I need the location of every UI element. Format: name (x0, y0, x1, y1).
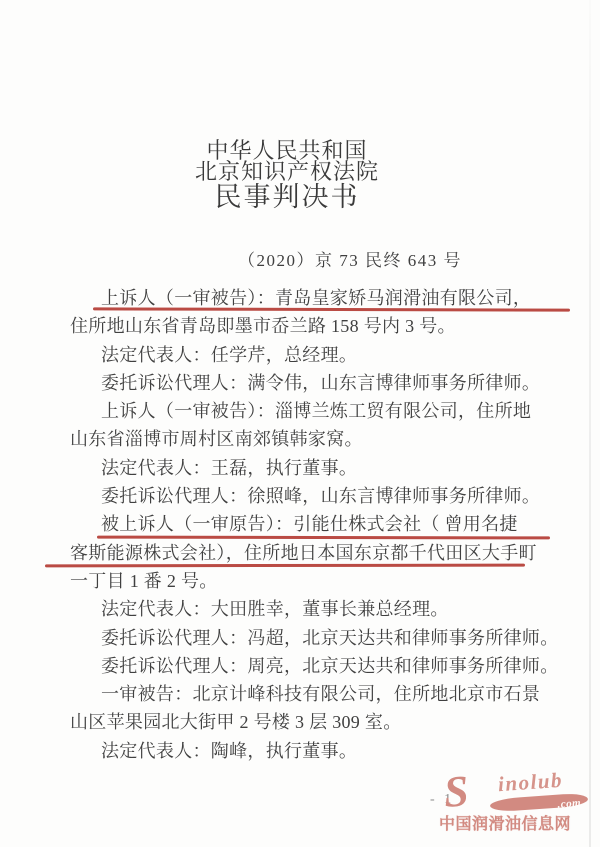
judgment-text-line: 委托诉讼代理人：周亮，北京天达共和律师事务所律师。 (70, 652, 540, 680)
judgment-text-line: 委托诉讼代理人：满令伟，山东言博律师事务所律师。 (70, 369, 540, 397)
sinolub-domain: .com (557, 797, 581, 811)
judgment-text-line: 山区苹果园北大街甲 2 号楼 3 层 309 室。 (70, 708, 540, 736)
judgment-body: 上诉人（一审被告）：青岛皇家矫马润滑油有限公司， 住所地山东省青岛即墨市岙兰路 … (70, 284, 540, 765)
judgment-text-line: 一丁目 1 番 2 号。 (70, 567, 540, 595)
judgment-text-line: 住所地山东省青岛即墨市岙兰路 158 号内 3 号。 (70, 312, 540, 340)
court-title-block: 中华人民共和国 北京知识产权法院 民事判决书 (0, 140, 587, 211)
judgment-text-line: 法定代表人：王磊，执行董事。 (70, 454, 540, 482)
judgment-text-line: 委托诉讼代理人：徐照峰，山东言博律师事务所律师。 (70, 482, 540, 510)
judgment-text-line: 一审被告：北京计峰科技有限公司，住所地北京市石景 (70, 680, 540, 708)
scanned-judgment-page: 中华人民共和国 北京知识产权法院 民事判决书 （2020）京 73 民终 643… (0, 0, 600, 847)
court-name: 北京知识产权法院 (0, 161, 587, 182)
judgment-text-line: 山东省淄博市周村区南郊镇韩家窝。 (70, 425, 540, 453)
judgment-text-line: 法定代表人：陶峰，执行董事。 (70, 737, 540, 765)
judgment-text-line: 法定代表人：大田胜幸，董事长兼总经理。 (70, 595, 540, 623)
scan-edge-shadow (589, 0, 591, 847)
judgment-text-line: 被上诉人（一审原告）：引能仕株式会社（ 曾用名捷 (70, 510, 540, 538)
sinolub-tagline: 中国润滑油信息网 (439, 816, 571, 834)
sinolub-s-icon: S (442, 769, 469, 815)
sinolub-wordmark: inolub (497, 770, 563, 795)
judgment-text-line: 法定代表人：任学芹，总经理。 (70, 341, 540, 369)
sinolub-watermark-logo: S inolub .com 中国润滑油信息网 (434, 770, 598, 844)
judgment-text-line: 委托诉讼代理人：冯超，北京天达共和律师事务所律师。 (70, 624, 540, 652)
country-name: 中华人民共和国 (0, 140, 587, 161)
case-number: （2020）京 73 民终 643 号 (0, 246, 600, 271)
document-type-title: 民事判决书 (0, 184, 587, 211)
judgment-text-line: 上诉人（一审被告）：淄博兰炼工贸有限公司，住所地 (70, 397, 540, 425)
